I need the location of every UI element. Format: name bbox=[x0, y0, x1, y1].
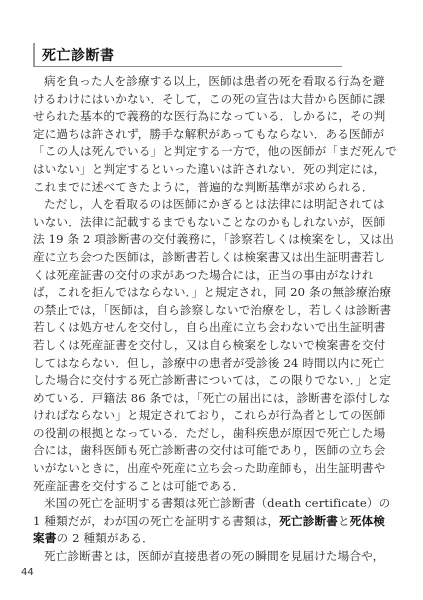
page-number: 44 bbox=[21, 567, 34, 578]
text-line: ただし，人を看取るのは医師にかぎるとは法律には明記されては bbox=[33, 196, 345, 214]
text-line: 定に過ちは許されず，勝手な解釈があってもならない．ある医師が bbox=[33, 126, 345, 144]
paragraph-3: 米国の死亡を証明する書類は死亡診断書（death certificate）の 1… bbox=[33, 495, 345, 548]
bold-term-postmortem-certificate-part1: 死体検 bbox=[350, 514, 385, 528]
text-line: 合には，歯科医師も死亡診断書の交付は可能であり，医師の立ち会 bbox=[33, 442, 345, 460]
text-line: くは死産証書の交付の求があつた場合には，正当の事由がなけれ bbox=[33, 267, 345, 285]
text-line: 米国の死亡を証明する書類は死亡診断書（death certificate）の bbox=[33, 495, 345, 513]
paragraph-2: ただし，人を看取るのは医師にかぎるとは法律には明記されては いない．法律に記載す… bbox=[33, 196, 345, 495]
text-line: めている．戸籍法 86 条では，「死亡の届出には，診断書を添付しな bbox=[33, 390, 345, 408]
text-line: 1 種類だが，わが国の死亡を証明する書類は，死亡診断書と死体検 bbox=[33, 513, 345, 531]
text-line: これまでに述べてきたように，普遍的な判断基準が求められる． bbox=[33, 179, 345, 197]
paragraph-4: 死亡診断書とは，医師が直接患者の死の瞬間を見届けた場合や， bbox=[33, 548, 345, 566]
text-line: 若しくは処方せんを交付し，自ら出産に立ち会わないで出生証明書 bbox=[33, 319, 345, 337]
text-line: ば，これを拒んではならない．」と規定され，同 20 条の無診療治療 bbox=[33, 284, 345, 302]
bold-term-death-certificate: 死亡診断書 bbox=[279, 514, 338, 528]
text-span: 1 種類だが，わが国の死亡を証明する書類は， bbox=[33, 514, 279, 528]
text-line: の禁止では，「医師は，自ら診察しないで治療をし，若しくは診断書 bbox=[33, 302, 345, 320]
text-line: はいない」と判定するといった違いは許されない．死の判定には， bbox=[33, 161, 345, 179]
document-page: 死亡診断書 病を負った人を診療する以上，医師は患者の死を看取る行為を避 けるわけ… bbox=[0, 0, 423, 600]
text-line: の役割の根拠となっている．ただし，歯科疾患が原因で死亡した場 bbox=[33, 425, 345, 443]
text-line: せられた基本的で義務的な医行為になっている．しかるに，その判 bbox=[33, 108, 345, 126]
section-heading-title: 死亡診断書 bbox=[42, 45, 115, 65]
body-text: 病を負った人を診療する以上，医師は患者の死を看取る行為を避 けるわけにはいかない… bbox=[33, 73, 345, 566]
text-line: 案書の 2 種類がある． bbox=[33, 530, 345, 548]
text-line: いがないときに，出産や死産に立ち会った助産師も，出生証明書や bbox=[33, 460, 345, 478]
text-line: 産に立ち会つた医師は，診断書若しくは検案書又は出生証明書若し bbox=[33, 249, 345, 267]
text-line: 死亡診断書とは，医師が直接患者の死の瞬間を見届けた場合や， bbox=[33, 548, 345, 566]
section-heading: 死亡診断書 bbox=[33, 43, 342, 67]
paragraph-1: 病を負った人を診療する以上，医師は患者の死を看取る行為を避 けるわけにはいかない… bbox=[33, 73, 345, 196]
text-line: 法 19 条 2 項診断書の交付義務に，「診察若しくは検案をし，又は出 bbox=[33, 231, 345, 249]
text-line: 「この人は死んでいる」と判定する一方で，他の医師が「まだ死んで bbox=[33, 143, 345, 161]
bold-term-postmortem-certificate-part2: 案書 bbox=[33, 531, 57, 545]
text-line: 病を負った人を診療する以上，医師は患者の死を看取る行為を避 bbox=[33, 73, 345, 91]
text-line: してはならない．但し，診療中の患者が受診後 24 時間以内に死亡 bbox=[33, 355, 345, 373]
text-line: けるわけにはいかない．そして，この死の宣告は大昔から医師に課 bbox=[33, 91, 345, 109]
text-line: した場合に交付する死亡診断書については，この限りでない．」と定 bbox=[33, 372, 345, 390]
text-line: 死産証書を交付することは可能である． bbox=[33, 478, 345, 496]
text-span: と bbox=[338, 514, 350, 528]
text-line: 若しくは死産証書を交付し，又は自ら検案をしないで検案書を交付 bbox=[33, 337, 345, 355]
text-line: ければならない」と規定されており，これらが行為者としての医師 bbox=[33, 407, 345, 425]
text-span: の 2 種類がある． bbox=[57, 531, 154, 545]
text-line: いない．法律に記載するまでもないことなのかもしれないが，医師 bbox=[33, 214, 345, 232]
